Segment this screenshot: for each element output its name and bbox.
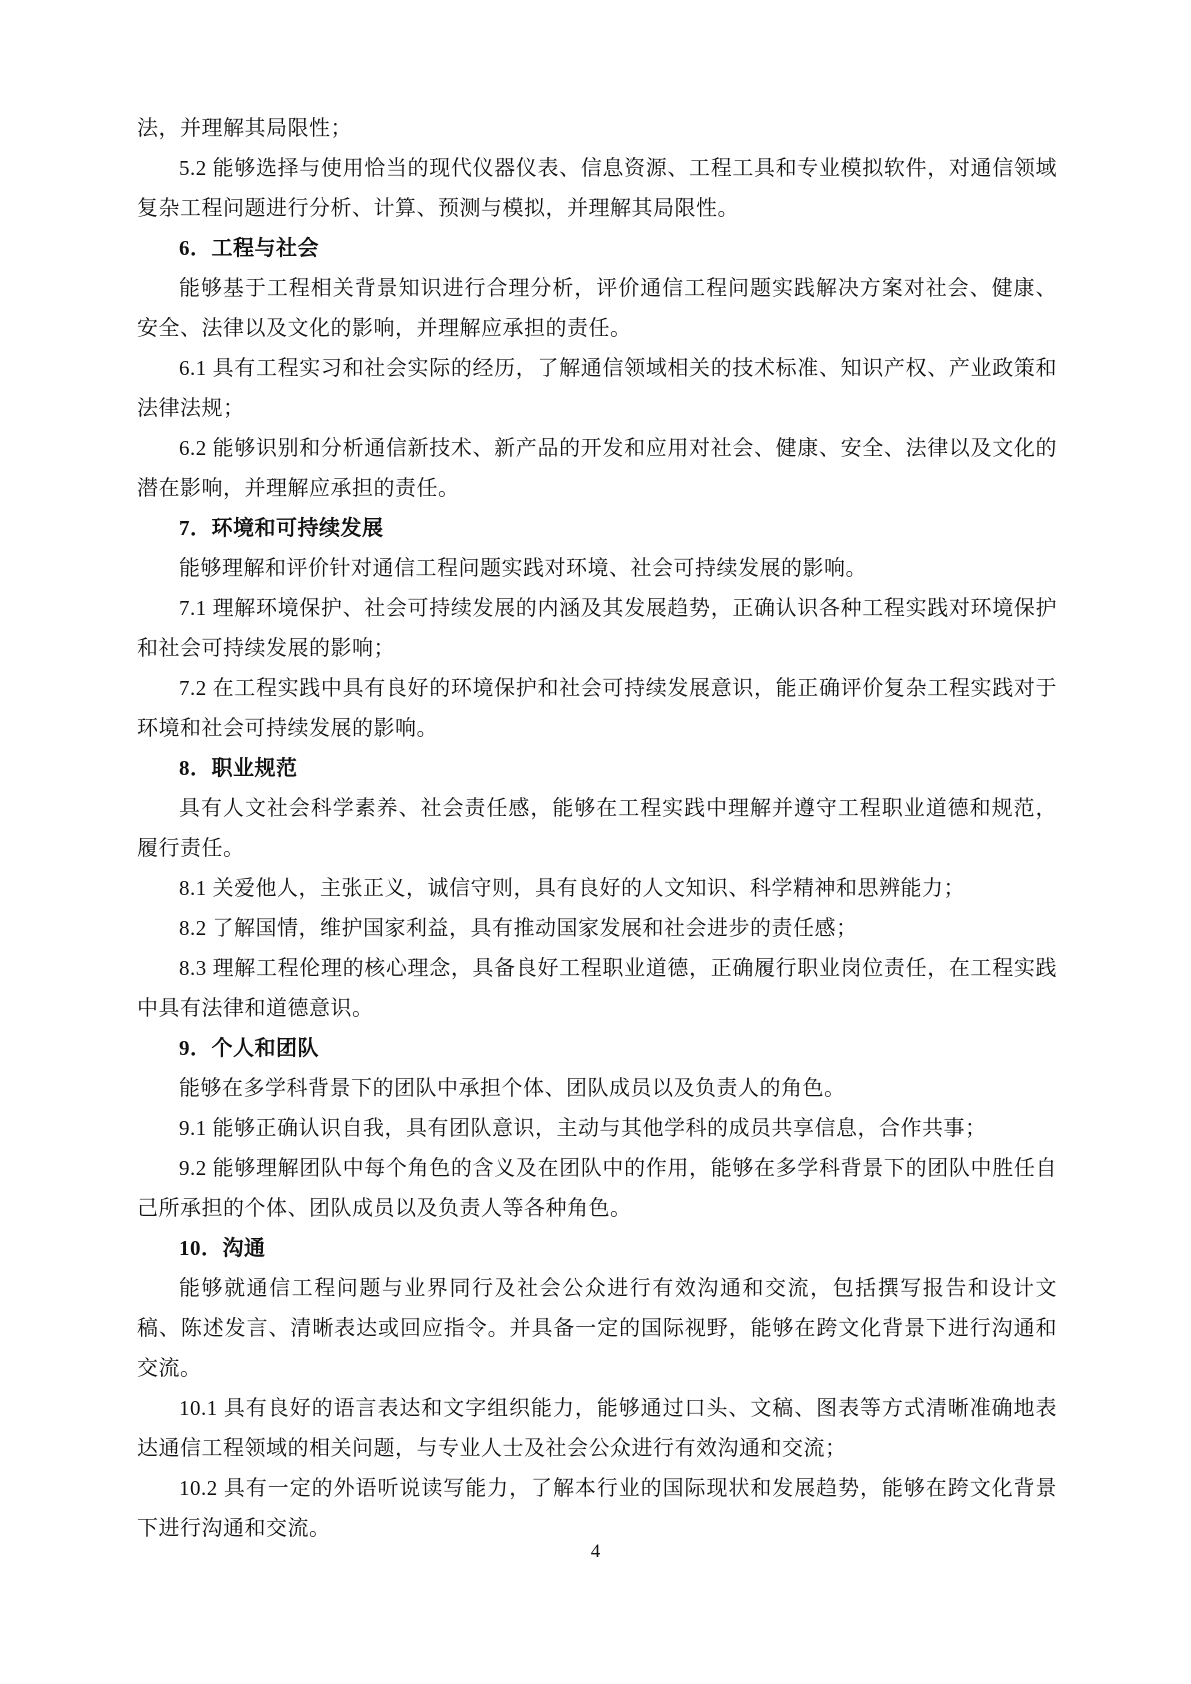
paragraph: 能够就通信工程问题与业界同行及社会公众进行有效沟通和交流，包括撰写报告和设计文稿… xyxy=(137,1268,1057,1388)
paragraph: 6.2 能够识别和分析通信新技术、新产品的开发和应用对社会、健康、安全、法律以及… xyxy=(137,428,1057,508)
paragraph: 法，并理解其局限性； xyxy=(137,108,1057,148)
paragraph: 8.2 了解国情，维护国家利益，具有推动国家发展和社会进步的责任感； xyxy=(137,908,1057,948)
page-number: 4 xyxy=(0,1540,1191,1564)
paragraph: 能够基于工程相关背景知识进行合理分析，评价通信工程问题实践解决方案对社会、健康、… xyxy=(137,268,1057,348)
paragraph: 能够在多学科背景下的团队中承担个体、团队成员以及负责人的角色。 xyxy=(137,1068,1057,1108)
document-body: 法，并理解其局限性；5.2 能够选择与使用恰当的现代仪器仪表、信息资源、工程工具… xyxy=(137,108,1057,1548)
paragraph: 7.1 理解环境保护、社会可持续发展的内涵及其发展趋势，正确认识各种工程实践对环… xyxy=(137,588,1057,668)
paragraph: 10.1 具有良好的语言表达和文字组织能力，能够通过口头、文稿、图表等方式清晰准… xyxy=(137,1388,1057,1468)
section-heading: 9．个人和团队 xyxy=(137,1028,1057,1068)
section-heading: 7．环境和可持续发展 xyxy=(137,508,1057,548)
paragraph: 7.2 在工程实践中具有良好的环境保护和社会可持续发展意识，能正确评价复杂工程实… xyxy=(137,668,1057,748)
paragraph: 9.2 能够理解团队中每个角色的含义及在团队中的作用，能够在多学科背景下的团队中… xyxy=(137,1148,1057,1228)
paragraph: 10.2 具有一定的外语听说读写能力，了解本行业的国际现状和发展趋势，能够在跨文… xyxy=(137,1468,1057,1548)
paragraph: 8.3 理解工程伦理的核心理念，具备良好工程职业道德，正确履行职业岗位责任，在工… xyxy=(137,948,1057,1028)
paragraph: 6.1 具有工程实习和社会实际的经历，了解通信领域相关的技术标准、知识产权、产业… xyxy=(137,348,1057,428)
section-heading: 6．工程与社会 xyxy=(137,228,1057,268)
document-page: 法，并理解其局限性；5.2 能够选择与使用恰当的现代仪器仪表、信息资源、工程工具… xyxy=(0,0,1191,1684)
paragraph: 8.1 关爱他人，主张正义，诚信守则，具有良好的人文知识、科学精神和思辨能力； xyxy=(137,868,1057,908)
paragraph: 9.1 能够正确认识自我，具有团队意识，主动与其他学科的成员共享信息，合作共事； xyxy=(137,1108,1057,1148)
paragraph: 具有人文社会科学素养、社会责任感，能够在工程实践中理解并遵守工程职业道德和规范，… xyxy=(137,788,1057,868)
paragraph: 能够理解和评价针对通信工程问题实践对环境、社会可持续发展的影响。 xyxy=(137,548,1057,588)
paragraph: 5.2 能够选择与使用恰当的现代仪器仪表、信息资源、工程工具和专业模拟软件，对通… xyxy=(137,148,1057,228)
section-heading: 10．沟通 xyxy=(137,1228,1057,1268)
section-heading: 8．职业规范 xyxy=(137,748,1057,788)
